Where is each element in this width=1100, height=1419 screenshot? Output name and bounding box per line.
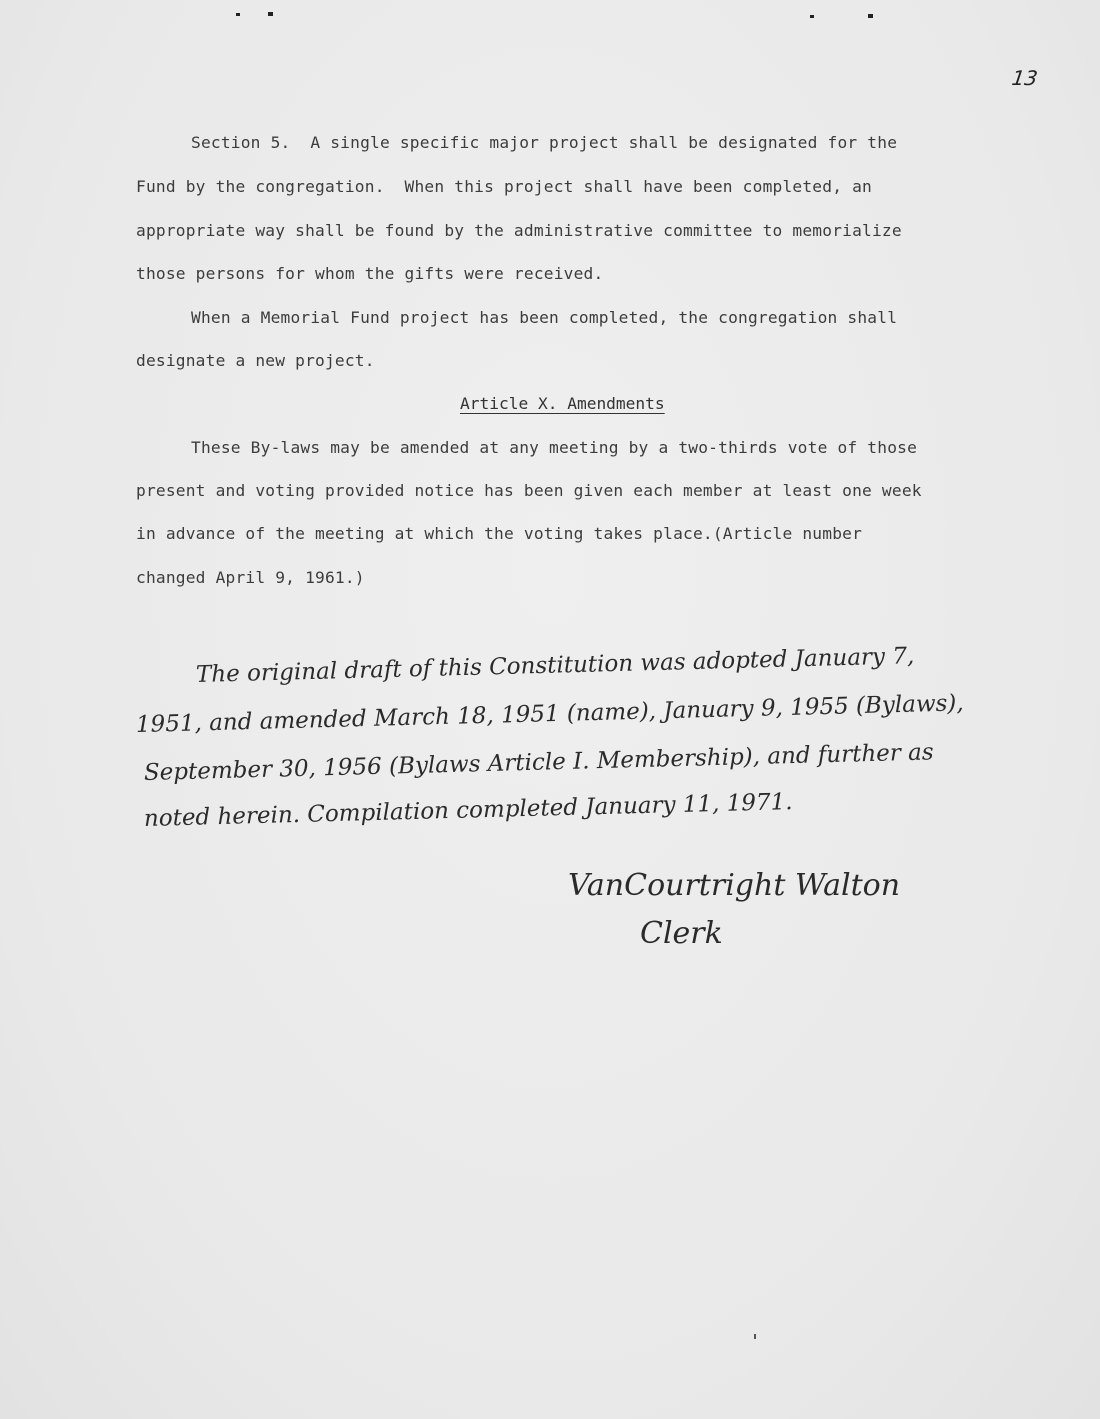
memorial-paragraph-line: designate a new project. <box>136 351 375 370</box>
section-5-line: appropriate way shall be found by the ad… <box>136 221 902 240</box>
scan-mark <box>236 13 240 16</box>
section-5-line: Section 5. A single specific major proje… <box>191 133 897 152</box>
scan-mark <box>810 15 814 18</box>
document-page: 13 Section 5. A single specific major pr… <box>0 0 1100 1419</box>
scan-mark <box>268 12 273 16</box>
scan-mark <box>868 14 873 18</box>
memorial-paragraph-line: When a Memorial Fund project has been co… <box>191 308 897 327</box>
amendments-line: changed April 9, 1961.) <box>136 568 365 587</box>
article-heading: Article X. Amendments <box>460 394 665 413</box>
handwritten-note-line: The original draft of this Constitution … <box>196 643 915 688</box>
handwritten-note-line: noted herein. Compilation completed Janu… <box>144 789 793 832</box>
amendments-line: present and voting provided notice has b… <box>136 481 922 500</box>
signature-name: VanCourtright Walton <box>568 868 900 903</box>
handwritten-note-line: September 30, 1956 (Bylaws Article I. Me… <box>144 739 934 786</box>
signature-title: Clerk <box>640 916 723 951</box>
amendments-line: in advance of the meeting at which the v… <box>136 524 862 543</box>
page-number: 13 <box>1010 66 1039 90</box>
section-5-line: Fund by the congregation. When this proj… <box>136 177 872 196</box>
section-5-line: those persons for whom the gifts were re… <box>136 264 603 283</box>
amendments-line: These By-laws may be amended at any meet… <box>191 438 917 457</box>
handwritten-note-line: 1951, and amended March 18, 1951 (name),… <box>136 690 964 738</box>
scan-mark <box>754 1334 756 1339</box>
